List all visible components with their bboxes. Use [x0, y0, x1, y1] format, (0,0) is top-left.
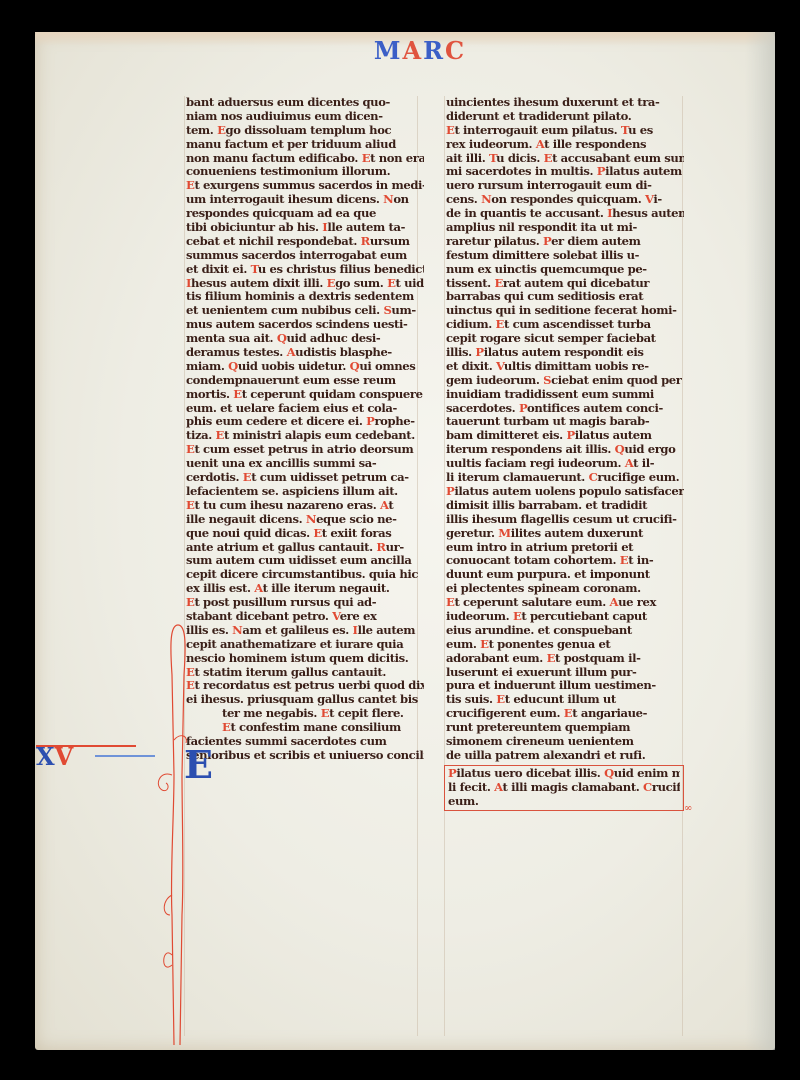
text-line: uincientes ihesum duxerunt et tra- — [446, 96, 684, 110]
running-head: MARC — [340, 36, 500, 76]
text-line: Et interrogauit eum pilatus. Tu es — [446, 124, 684, 138]
text-line: illis es. Nam et galileus es. Ille autem — [186, 624, 424, 638]
text-line: cens. Non respondes quicquam. Vi- — [446, 193, 684, 207]
text-line: mus autem sacerdos scindens uesti- — [186, 318, 424, 332]
text-line: tem. Ego dissoluam templum hoc — [186, 124, 424, 138]
text-line: de uilla patrem alexandri et rufi. — [446, 749, 684, 763]
text-line: uinctus qui in seditione fecerat homi- — [446, 304, 684, 318]
text-line: rex iudeorum. At ille respondens — [446, 138, 684, 152]
text-line: de in quantis te accusant. Ihesus autem — [446, 207, 684, 221]
text-line: festum dimittere solebat illis u- — [446, 249, 684, 263]
text-line: nescio hominem istum quem dicitis. — [186, 652, 424, 666]
text-line: mi sacerdotes in multis. Pilatus autem — [446, 165, 684, 179]
text-line: Et ceperunt salutare eum. Aue rex — [446, 596, 684, 610]
text-line: cidium. Et cum ascendisset turba — [446, 318, 684, 332]
ruling-line — [444, 96, 445, 1036]
text-line: uultis faciam regi iudeorum. At il- — [446, 457, 684, 471]
text-line: crucifigerent eum. Et angariaue- — [446, 707, 684, 721]
text-line: conueniens testimonium illorum. — [186, 165, 424, 179]
left-text-column: bant aduersus eum dicentes quo-niam nos … — [186, 96, 424, 763]
text-line: deramus testes. Audistis blasphe- — [186, 346, 424, 360]
penwork-flourish-icon — [150, 615, 210, 1045]
text-line: eum intro in atrium pretorii et — [446, 541, 684, 555]
text-line: tiza. Et ministri alapis eum cedebant. — [186, 429, 424, 443]
decorated-initial: E — [184, 748, 220, 782]
text-line: miam. Quid uobis uidetur. Qui omnes — [186, 360, 424, 374]
text-line: ex illis est. At ille iterum negauit. — [186, 582, 424, 596]
text-line: et dixit ei. Tu es christus filius bened… — [186, 263, 424, 277]
text-line: ter me negabis. Et cepit flere. — [186, 707, 424, 721]
text-line: bant aduersus eum dicentes quo- — [186, 96, 424, 110]
text-line: li iterum clamauerunt. Crucifige eum. — [446, 471, 684, 485]
chapter-number: XV — [36, 742, 73, 771]
text-line: duunt eum purpura. et imponunt — [446, 568, 684, 582]
text-line: diderunt et tradiderunt pilato. — [446, 110, 684, 124]
text-line: conuocant totam cohortem. Et in- — [446, 554, 684, 568]
text-line: lefacientem se. aspiciens illum ait. — [186, 485, 424, 499]
text-line: que noui quid dicas. Et exiit foras — [186, 527, 424, 541]
text-line: geretur. Milites autem duxerunt — [446, 527, 684, 541]
text-line: Et cum esset petrus in atrio deorsum — [186, 443, 424, 457]
text-line: num ex uinctis quemcumque pe- — [446, 263, 684, 277]
text-line: cepit dicere circumstantibus. quia hic — [186, 568, 424, 582]
text-line: runt pretereuntem quempiam — [446, 721, 684, 735]
text-line: eum. et uelare faciem eius et cola- — [186, 402, 424, 416]
text-line: illis ihesum flagellis cesum ut crucifi- — [446, 513, 684, 527]
text-line: inuidiam tradidissent eum summi — [446, 388, 684, 402]
text-line: mortis. Et ceperunt quidam conspuere — [186, 388, 424, 402]
text-line: ille negauit dicens. Neque scio ne- — [186, 513, 424, 527]
chapter-numeral-v: V — [55, 742, 74, 771]
boxed-rubric-passage: Pilatus uero dicebat illis. Quid enim ma… — [444, 765, 684, 812]
text-line: amplius nil respondit ita ut mi- — [446, 221, 684, 235]
text-line: Ihesus autem dixit illi. Ego sum. Et uid… — [186, 277, 424, 291]
text-line: tis suis. Et educunt illum ut — [446, 693, 684, 707]
text-line: menta sua ait. Quid adhuc desi- — [186, 332, 424, 346]
correction-mark-icon: ∞ — [684, 803, 692, 814]
text-line: barrabas qui cum seditiosis erat — [446, 290, 684, 304]
running-head-letter-2: A — [402, 36, 423, 65]
text-line: tissent. Erat autem qui dicebatur — [446, 277, 684, 291]
text-line: phis eum cedere et dicere ei. Prophe- — [186, 415, 424, 429]
text-line: stabant dicebant petro. Vere ex — [186, 610, 424, 624]
text-line: Et tu cum ihesu nazareno eras. At — [186, 499, 424, 513]
text-line: sacerdotes. Pontifices autem conci- — [446, 402, 684, 416]
text-line: pura et induerunt illum uestimen- — [446, 679, 684, 693]
text-line: tis filium hominis a dextris sedentem — [186, 290, 424, 304]
boxed-text-line: Pilatus uero dicebat illis. Quid enim ma… — [448, 767, 680, 781]
text-line: ante atrium et gallus cantauit. Rur- — [186, 541, 424, 555]
right-text-column: uincientes ihesum duxerunt et tra-dideru… — [446, 96, 684, 811]
text-line: raretur pilatus. Per diem autem — [446, 235, 684, 249]
text-line: um interrogauit ihesum dicens. Non — [186, 193, 424, 207]
text-line: et uenientem cum nubibus celi. Sum- — [186, 304, 424, 318]
text-line: Et recordatus est petrus uerbi quod dixe… — [186, 679, 424, 693]
text-line: simonem cireneum uenientem — [446, 735, 684, 749]
text-line: eum. Et ponentes genua et — [446, 638, 684, 652]
text-line: summus sacerdos interrogabat eum — [186, 249, 424, 263]
running-head-letter-4: C — [445, 36, 466, 65]
text-line: cepit anathematizare et iurare quia — [186, 638, 424, 652]
text-line: uenit una ex ancillis summi sa- — [186, 457, 424, 471]
text-line: facientes summi sacerdotes cum — [186, 735, 424, 749]
text-line: cerdotis. Et cum uidisset petrum ca- — [186, 471, 424, 485]
text-line: luserunt ei exuerunt illum pur- — [446, 666, 684, 680]
boxed-text-line: eum. — [448, 795, 680, 809]
text-line: tauerunt turbam ut magis barab- — [446, 415, 684, 429]
text-line: iterum respondens ait illis. Quid ergo — [446, 443, 684, 457]
running-head-letter-3: R — [423, 36, 445, 65]
text-line: condempnauerunt eum esse reum — [186, 374, 424, 388]
text-line: sum autem cum uidisset eum ancilla — [186, 554, 424, 568]
text-line: illis. Pilatus autem respondit eis — [446, 346, 684, 360]
text-line: Pilatus autem uolens populo satisfacere — [446, 485, 684, 499]
text-line: Et statim iterum gallus cantauit. — [186, 666, 424, 680]
text-line: tibi obiciuntur ab his. Ille autem ta- — [186, 221, 424, 235]
text-line: bam dimitteret eis. Pilatus autem — [446, 429, 684, 443]
text-line: non manu factum edificabo. Et non erat — [186, 152, 424, 166]
text-line: cebat et nichil respondebat. Rursum — [186, 235, 424, 249]
text-line: et dixit. Vultis dimittam uobis re- — [446, 360, 684, 374]
text-line: ait illi. Tu dicis. Et accusabant eum su… — [446, 152, 684, 166]
text-line: ei plectentes spineam coronam. — [446, 582, 684, 596]
text-line: respondes quicquam ad ea que — [186, 207, 424, 221]
text-line: uero rursum interrogauit eum di- — [446, 179, 684, 193]
chapter-numeral-x: X — [36, 742, 55, 771]
text-line: Et post pusillum rursus qui ad- — [186, 596, 424, 610]
text-line: Et exurgens summus sacerdos in medi- — [186, 179, 424, 193]
text-line: adorabant eum. Et postquam il- — [446, 652, 684, 666]
text-line: gem iudeorum. Sciebat enim quod per — [446, 374, 684, 388]
text-line: Et confestim mane consilium — [186, 721, 424, 735]
text-line: cepit rogare sicut semper faciebat — [446, 332, 684, 346]
text-line: eius arundine. et conspuebant — [446, 624, 684, 638]
chapter-rule-blue — [95, 755, 155, 757]
text-line: manu factum et per triduum aliud — [186, 138, 424, 152]
running-head-letter-1: M — [374, 36, 403, 65]
text-line: dimisit illis barrabam. et tradidit — [446, 499, 684, 513]
boxed-text-line: li fecit. At illi magis clamabant. Cruci… — [448, 781, 680, 795]
text-line: ei ihesus. priusquam gallus cantet bis — [186, 693, 424, 707]
text-line: niam nos audiuimus eum dicen- — [186, 110, 424, 124]
text-line: iudeorum. Et percutiebant caput — [446, 610, 684, 624]
text-line: senioribus et scribis et uniuerso concil… — [186, 749, 424, 763]
